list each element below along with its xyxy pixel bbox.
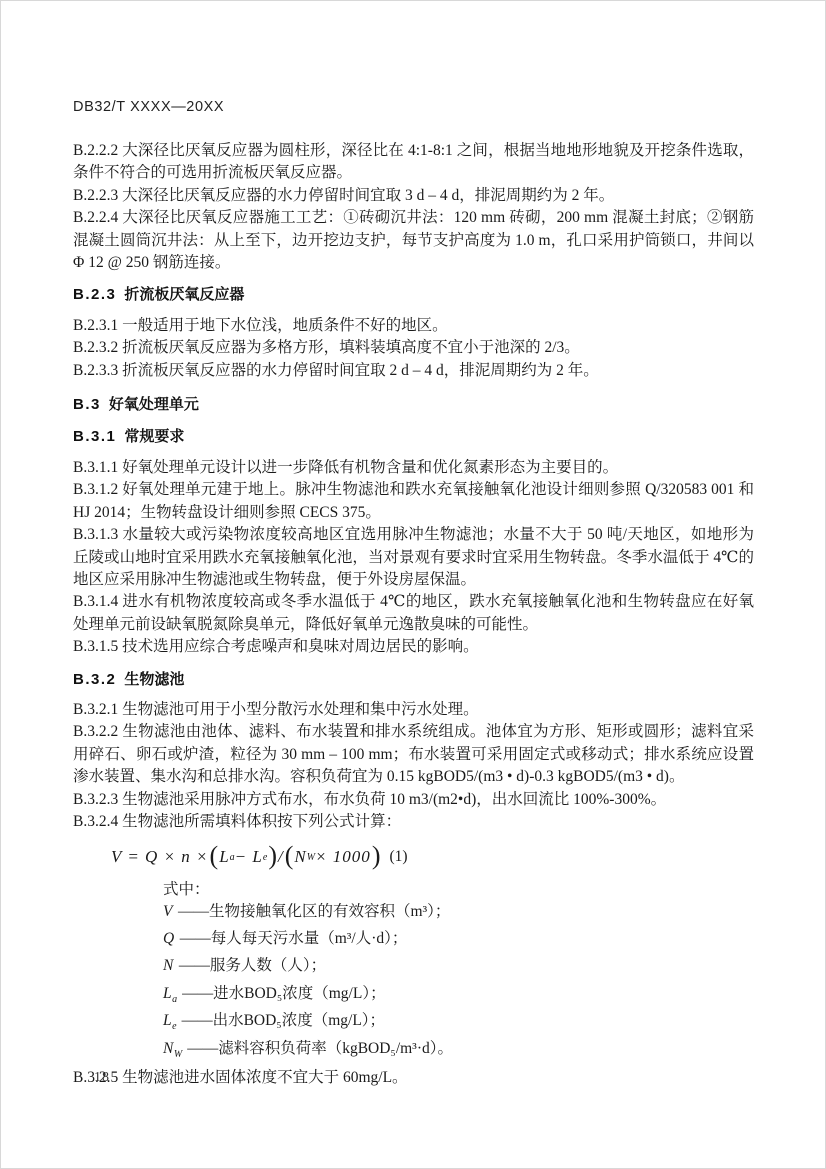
formula-paren: )	[267, 843, 278, 869]
clause-b3-1-3: B.3.1.3 水量较大或污染物浓度较高地区宜选用脉冲生物滤池；水量不大于 50…	[73, 524, 754, 591]
formula-paren: (	[209, 843, 220, 869]
heading-b3: B.3好氧处理单元	[73, 394, 754, 416]
heading-number: B.2.3	[73, 286, 116, 303]
clause-b2-3-1: B.2.3.1 一般适用于地下水位浅，地质条件不好的地区。	[73, 315, 754, 337]
heading-number: B.3.1	[73, 428, 116, 445]
formula-paren: )	[371, 843, 382, 869]
clause-b3-2-1: B.3.2.1 生物滤池可用于小型分散污水处理和集中污水处理。	[73, 699, 754, 721]
clause-b3-1-5: B.3.1.5 技术选用应综合考虑噪声和臭味对周边居民的影响。	[73, 636, 754, 658]
document-code-header: DB32/T XXXX—20XX	[73, 98, 754, 116]
clause-b3-1-1: B.3.1.1 好氧处理单元设计以进一步降低有机物含量和优化氮素形态为主要目的。	[73, 457, 754, 479]
clause-b2-2-2: B.2.2.2 大深径比厌氧反应器为圆柱形，深径比在 4:1-8:1 之间，根据…	[73, 140, 754, 185]
clause-b3-1-4: B.3.1.4 进水有机物浓度较高或冬季水温低于 4℃的地区，跌水充氧接触氧化池…	[73, 591, 754, 636]
definition-row: N——服务人数（人）；	[163, 955, 754, 982]
heading-title: 生物滤池	[124, 671, 184, 688]
heading-b3-1: B.3.1常规要求	[73, 426, 754, 448]
heading-title: 折流板厌氧反应器	[124, 286, 244, 303]
clause-b3-2-4: B.3.2.4 生物滤池所需填料体积按下列公式计算：	[73, 811, 754, 833]
page-number: 18	[94, 1070, 110, 1086]
document-page: DB32/T XXXX—20XX B.2.2.2 大深径比厌氧反应器为圆柱形，深…	[0, 0, 826, 1169]
clause-b2-3-3: B.2.3.3 折流板厌氧反应器的水力停留时间宜取 2 d – 4 d，排泥周期…	[73, 360, 754, 382]
formula-lhs: V = Q × n ×	[111, 847, 209, 867]
clause-b3-2-5: B.3.2.5 生物滤池进水固体浓度不宜大于 60mg/L。	[73, 1067, 754, 1089]
definition-row: Q——每人每天污水量（m³/人·d）；	[163, 928, 754, 955]
clause-b3-2-2: B.3.2.2 生物滤池由池体、滤料、布水装置和排水系统组成。池体宜为方形、矩形…	[73, 721, 754, 788]
clause-b2-3-2: B.2.3.2 折流板厌氧反应器为多格方形，填料装填高度不宜小于池深的 2/3。	[73, 337, 754, 359]
clause-b2-2-3: B.2.2.3 大深径比厌氧反应器的水力停留时间宜取 3 d – 4 d，排泥周…	[73, 185, 754, 207]
heading-title: 常规要求	[124, 428, 184, 445]
variable-definition-list: V——生物接触氧化区的有效容积（m³）； Q——每人每天污水量（m³/人·d）；…	[163, 901, 754, 1065]
definition-row: La——进水BOD₅浓度（mg/L）；	[163, 983, 754, 1010]
clause-b3-1-2: B.3.1.2 好氧处理单元建于地上。脉冲生物滤池和跌水充氧接触氧化池设计细则参…	[73, 479, 754, 524]
definition-row: Le——出水BOD₅浓度（mg/L）；	[163, 1010, 754, 1037]
heading-title: 好氧处理单元	[109, 396, 199, 413]
formula-where-label: 式中：	[163, 879, 754, 900]
heading-b2-3: B.2.3折流板厌氧反应器	[73, 284, 754, 306]
heading-b3-2: B.3.2生物滤池	[73, 669, 754, 691]
clause-b3-2-3: B.3.2.3 生物滤池采用脉冲方式布水，布水负荷 10 m3/(m2•d)，出…	[73, 789, 754, 811]
page-content: DB32/T XXXX—20XX B.2.2.2 大深径比厌氧反应器为圆柱形，深…	[1, 1, 825, 1168]
definition-row: V——生物接触氧化区的有效容积（m³）；	[163, 901, 754, 928]
formula-paren: (	[284, 843, 295, 869]
clause-b2-2-4: B.2.2.4 大深径比厌氧反应器施工工艺：①砖砌沉井法：120 mm 砖砌，2…	[73, 207, 754, 274]
heading-number: B.3.2	[73, 671, 116, 688]
heading-number: B.3	[73, 396, 101, 413]
formula-equation-number: (1)	[389, 848, 407, 866]
formula-1: V = Q × n × (La − Le)/(NW × 1000)(1)	[111, 841, 754, 873]
definition-row: NW——滤料容积负荷率（kgBOD₅/m³·d）。	[163, 1038, 754, 1065]
